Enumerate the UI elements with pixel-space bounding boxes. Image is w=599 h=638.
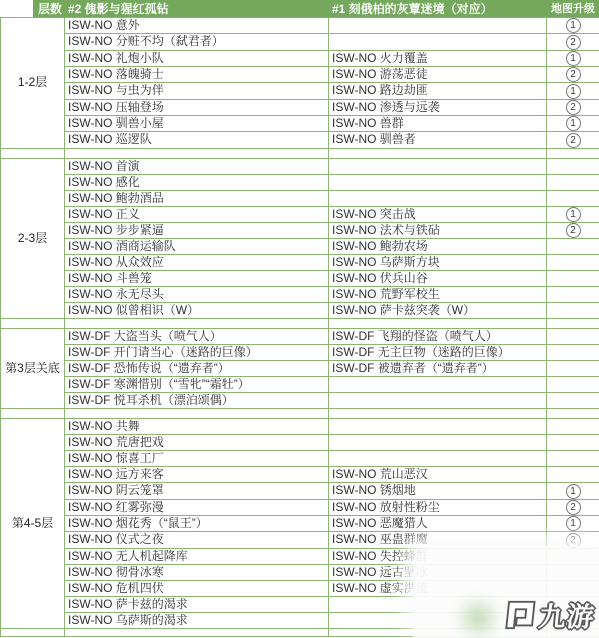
- upgrade-badge: 1: [566, 484, 581, 499]
- event-cell: ISW-NO 红雾弥漫: [65, 499, 329, 515]
- floor-cell: 1-2层: [1, 18, 65, 149]
- table-row: ISW-NO 烟花秀（“鼠王”）ISW-NO 恶魔猎人1: [1, 515, 599, 531]
- event-cell: ISW-NO 荒唐把戏: [65, 435, 329, 451]
- upgrade-cell: [547, 287, 599, 303]
- event-cell: ISW-NO 远方来客: [65, 467, 329, 483]
- counterpart-cell: [329, 18, 547, 34]
- upgrade-cell: 2: [547, 222, 599, 238]
- separator-cell: [329, 319, 547, 329]
- table-row: ISW-NO 落魄骑士ISW-NO 游荡恶徒2: [1, 66, 599, 82]
- separator-cell: [547, 148, 599, 158]
- event-cell: ISW-NO 落魄骑士: [65, 66, 329, 82]
- event-cell: ISW-NO 永无尽头: [65, 287, 329, 303]
- event-cell: ISW-NO 似曾相识（W）: [65, 303, 329, 319]
- table-row: ISW-NO 荒唐把戏: [1, 435, 599, 451]
- upgrade-cell: [547, 174, 599, 190]
- header-row: 层数 #2 傀影与猩红孤钻 #1 刻俄柏的灰蕈迷境（对应） 地图升级: [1, 1, 599, 18]
- counterpart-cell: [329, 451, 547, 467]
- upgrade-cell: 1: [547, 50, 599, 66]
- upgrade-badge: 1: [566, 84, 581, 99]
- table-row: 第3层关底ISW-DF 大盗当头（喷气人）ISW-DF 飞翔的怪盗（喷气人）: [1, 329, 599, 345]
- spreadsheet-screenshot: 层数 #2 傀影与猩红孤钻 #1 刻俄柏的灰蕈迷境（对应） 地图升级 1-2层I…: [0, 0, 599, 638]
- table-row: ISW-NO 与虫为伴ISW-NO 路边劫匪1: [1, 83, 599, 99]
- counterpart-cell: [329, 419, 547, 435]
- counterpart-cell: ISW-NO 伏兵山谷: [329, 271, 547, 287]
- table-row: ISW-NO 红雾弥漫ISW-NO 放射性粉尘2: [1, 499, 599, 515]
- floor-cell: 2-3层: [1, 158, 65, 319]
- table-row: ISW-NO 斗兽笼ISW-NO 伏兵山谷: [1, 271, 599, 287]
- event-cell: ISW-NO 鲍勃酒品: [65, 190, 329, 206]
- upgrade-badge: 2: [566, 500, 581, 515]
- separator-cell: [65, 409, 329, 419]
- event-table: 层数 #2 傀影与猩红孤钻 #1 刻俄柏的灰蕈迷境（对应） 地图升级 1-2层I…: [0, 0, 599, 637]
- table-row: ISW-NO 压轴登场ISW-NO 渗透与远袭2: [1, 99, 599, 115]
- event-cell: ISW-DF 悦耳杀机（漂泊颂偶）: [65, 393, 329, 409]
- counterpart-cell: [329, 34, 547, 50]
- upgrade-badge: 2: [566, 223, 581, 238]
- table-row: ISW-NO 礼炮小队ISW-NO 火力覆盖1: [1, 50, 599, 66]
- table-row: ISW-NO 驯兽小屋ISW-NO 兽群1: [1, 115, 599, 131]
- event-cell: ISW-DF 恐怖传说（“遗弃者”）: [65, 361, 329, 377]
- event-cell: ISW-NO 感化: [65, 174, 329, 190]
- event-cell: ISW-NO 彻骨冰寒: [65, 564, 329, 580]
- counterpart-cell: ISW-NO 恶魔猎人: [329, 515, 547, 531]
- upgrade-badge: 2: [566, 133, 581, 148]
- counterpart-cell: ISW-DF 飞翔的怪盗（喷气人）: [329, 329, 547, 345]
- table-row: 1-2层ISW-NO 意外1: [1, 18, 599, 34]
- upgrade-cell: [547, 158, 599, 174]
- counterpart-cell: [329, 377, 547, 393]
- upgrade-cell: [547, 329, 599, 345]
- table-row: ISW-DF 恐怖传说（“遗弃者”）ISW-DF 被遗弃者（“遗弃者”）: [1, 361, 599, 377]
- separator-cell: [1, 148, 65, 158]
- table-row: ISW-DF 寒渊惜别（“雪牝”“霜牡”）: [1, 377, 599, 393]
- counterpart-cell: [329, 174, 547, 190]
- upgrade-badge: 2: [566, 100, 581, 115]
- counterpart-cell: ISW-NO 游荡恶徒: [329, 66, 547, 82]
- event-cell: ISW-NO 惊喜工厂: [65, 451, 329, 467]
- upgrade-badge: 1: [566, 51, 581, 66]
- watermark-green-blob: [449, 590, 507, 638]
- table-header: 层数 #2 傀影与猩红孤钻 #1 刻俄柏的灰蕈迷境（对应） 地图升级: [1, 1, 599, 18]
- event-cell: ISW-NO 分赃不均（弑君者）: [65, 34, 329, 50]
- upgrade-cell: 1: [547, 83, 599, 99]
- upgrade-cell: 2: [547, 132, 599, 148]
- event-cell: ISW-NO 从众效应: [65, 255, 329, 271]
- upgrade-cell: [547, 467, 599, 483]
- event-cell: [65, 628, 329, 636]
- table-row: 2-3层ISW-NO 首演: [1, 158, 599, 174]
- event-cell: ISW-NO 与虫为伴: [65, 83, 329, 99]
- event-cell: ISW-NO 首演: [65, 158, 329, 174]
- counterpart-cell: [329, 393, 547, 409]
- table-row: 第4-5层ISW-NO 共舞: [1, 419, 599, 435]
- event-cell: ISW-NO 驯兽小屋: [65, 115, 329, 131]
- counterpart-cell: ISW-NO 锈烟地: [329, 483, 547, 499]
- event-cell: ISW-NO 压轴登场: [65, 99, 329, 115]
- separator-cell: [329, 409, 547, 419]
- upgrade-cell: [547, 435, 599, 451]
- upgrade-cell: 2: [547, 499, 599, 515]
- table-row: ISW-NO 分赃不均（弑君者）2: [1, 34, 599, 50]
- upgrade-badge: 2: [566, 67, 581, 82]
- crop-corner-notch: [0, 0, 33, 17]
- counterpart-cell: ISW-NO 荒野军校生: [329, 287, 547, 303]
- upgrade-cell: [547, 393, 599, 409]
- upgrade-badge: 1: [566, 516, 581, 531]
- table-row: ISW-NO 感化: [1, 174, 599, 190]
- watermark-panel: 九游: [413, 546, 599, 638]
- counterpart-cell: [329, 158, 547, 174]
- table-body: 1-2层ISW-NO 意外1ISW-NO 分赃不均（弑君者）2ISW-NO 礼炮…: [1, 18, 599, 637]
- separator-row: [1, 319, 599, 329]
- counterpart-cell: ISW-NO 兽群: [329, 115, 547, 131]
- table-row: ISW-NO 步步紧逼ISW-NO 法术与铁砧2: [1, 222, 599, 238]
- counterpart-cell: ISW-NO 渗透与远袭: [329, 99, 547, 115]
- upgrade-cell: 2: [547, 34, 599, 50]
- upgrade-header-cell: 地图升级: [547, 1, 599, 18]
- counterpart-cell: [329, 190, 547, 206]
- event-cell: ISW-NO 萨卡兹的渴求: [65, 596, 329, 612]
- upgrade-cell: [547, 361, 599, 377]
- counterpart-cell: ISW-NO 荒山恶汉: [329, 467, 547, 483]
- separator-row: [1, 409, 599, 419]
- separator-cell: [329, 148, 547, 158]
- upgrade-cell: [547, 271, 599, 287]
- counterpart-cell: ISW-NO 路边劫匪: [329, 83, 547, 99]
- separator-cell: [65, 319, 329, 329]
- event-cell: ISW-NO 乌萨斯的渴求: [65, 612, 329, 628]
- event-cell: ISW-NO 阴云笼罩: [65, 483, 329, 499]
- upgrade-badge: 1: [566, 18, 581, 33]
- event-cell: ISW-NO 斗兽笼: [65, 271, 329, 287]
- counterpart-cell: ISW-NO 萨卡兹突袭（W）: [329, 303, 547, 319]
- upgrade-cell: 1: [547, 18, 599, 34]
- 9game-logo-icon: [501, 599, 538, 631]
- event-cell: ISW-NO 危机四伏: [65, 580, 329, 596]
- event-cell: ISW-DF 大盗当头（喷气人）: [65, 329, 329, 345]
- counterpart-cell: ISW-NO 法术与铁砧: [329, 222, 547, 238]
- counterpart-cell: ISW-NO 放射性粉尘: [329, 499, 547, 515]
- floor-cell: 第3层关底: [1, 329, 65, 409]
- upgrade-badge: 1: [566, 207, 581, 222]
- event-cell: ISW-NO 巡逻队: [65, 132, 329, 148]
- counterpart-cell: ISW-NO 驯兽者: [329, 132, 547, 148]
- counterpart-cell: ISW-NO 突击战: [329, 206, 547, 222]
- floor-cell: 第4-5层: [1, 419, 65, 628]
- event-cell: ISW-NO 酒商运输队: [65, 239, 329, 255]
- table-row: ISW-NO 远方来客ISW-NO 荒山恶汉: [1, 467, 599, 483]
- table-row: ISW-NO 酒商运输队ISW-NO 鲍勃农场: [1, 239, 599, 255]
- upgrade-cell: [547, 190, 599, 206]
- counterpart-cell: ISW-DF 无主巨物（迷路的巨像）: [329, 345, 547, 361]
- table-row: ISW-NO 鲍勃酒品: [1, 190, 599, 206]
- upgrade-cell: 2: [547, 99, 599, 115]
- event-cell: ISW-NO 无人机起降库: [65, 548, 329, 564]
- counterpart-cell: ISW-NO 鲍勃农场: [329, 239, 547, 255]
- upgrade-cell: 1: [547, 515, 599, 531]
- table-row: ISW-NO 永无尽头ISW-NO 荒野军校生: [1, 287, 599, 303]
- table-row: ISW-NO 正义ISW-NO 突击战1: [1, 206, 599, 222]
- table-row: ISW-DF 悦耳杀机（漂泊颂偶）: [1, 393, 599, 409]
- counterpart-cell: ISW-NO 火力覆盖: [329, 50, 547, 66]
- event-cell: ISW-NO 意外: [65, 18, 329, 34]
- table-row: ISW-DF 开门请当心（迷路的巨像）ISW-DF 无主巨物（迷路的巨像）: [1, 345, 599, 361]
- event-cell: ISW-NO 正义: [65, 206, 329, 222]
- event-cell: ISW-NO 仪式之夜: [65, 532, 329, 548]
- upgrade-cell: [547, 239, 599, 255]
- upgrade-badge: 2: [566, 35, 581, 50]
- upgrade-cell: [547, 377, 599, 393]
- campaign2-header-cell: #2 傀影与猩红孤钻: [65, 1, 329, 18]
- upgrade-badge: 1: [566, 116, 581, 131]
- separator-cell: [1, 319, 65, 329]
- upgrade-cell: [547, 451, 599, 467]
- upgrade-cell: 1: [547, 206, 599, 222]
- event-cell: ISW-NO 步步紧逼: [65, 222, 329, 238]
- watermark-brand-text: 九游: [537, 595, 597, 634]
- event-cell: ISW-DF 开门请当心（迷路的巨像）: [65, 345, 329, 361]
- separator-cell: [547, 409, 599, 419]
- upgrade-cell: 1: [547, 483, 599, 499]
- counterpart-cell: [329, 435, 547, 451]
- counterpart-cell: ISW-NO 乌萨斯方块: [329, 255, 547, 271]
- separator-cell: [547, 319, 599, 329]
- separator-cell: [65, 148, 329, 158]
- table-row: ISW-NO 似曾相识（W）ISW-NO 萨卡兹突袭（W）: [1, 303, 599, 319]
- table-row: ISW-NO 巡逻队ISW-NO 驯兽者2: [1, 132, 599, 148]
- event-cell: ISW-NO 共舞: [65, 419, 329, 435]
- event-cell: ISW-DF 寒渊惜别（“雪牝”“霜牡”）: [65, 377, 329, 393]
- upgrade-cell: [547, 419, 599, 435]
- upgrade-cell: [547, 303, 599, 319]
- table-row: ISW-NO 从众效应ISW-NO 乌萨斯方块: [1, 255, 599, 271]
- separator-cell: [1, 409, 65, 419]
- watermark-logo: 九游: [501, 595, 597, 634]
- campaign1-header-cell: #1 刻俄柏的灰蕈迷境（对应）: [329, 1, 547, 18]
- upgrade-cell: [547, 345, 599, 361]
- event-cell: ISW-NO 礼炮小队: [65, 50, 329, 66]
- table-row: ISW-NO 阴云笼罩ISW-NO 锈烟地1: [1, 483, 599, 499]
- table-row: ISW-NO 惊喜工厂: [1, 451, 599, 467]
- event-cell: ISW-NO 烟花秀（“鼠王”）: [65, 515, 329, 531]
- upgrade-cell: 1: [547, 115, 599, 131]
- upgrade-cell: [547, 255, 599, 271]
- separator-row: [1, 148, 599, 158]
- upgrade-cell: 2: [547, 66, 599, 82]
- counterpart-cell: ISW-DF 被遗弃者（“遗弃者”）: [329, 361, 547, 377]
- floor-cell: [1, 628, 65, 636]
